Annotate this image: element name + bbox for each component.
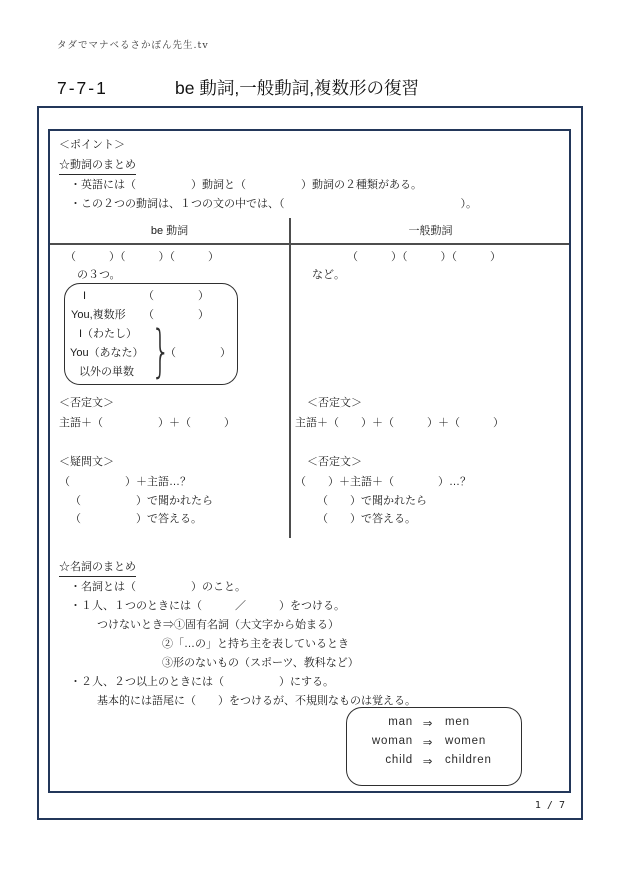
irregular-singular: man: [347, 716, 413, 730]
lesson-title: be 動詞,一般動詞,複数形の復習: [175, 78, 419, 100]
be-question-line2: （ ）で聞かれたら: [70, 495, 213, 509]
be-negative-formula: 主語＋（ ）＋（ ）: [59, 417, 235, 431]
table-header-general-verb: 一般動詞: [292, 225, 569, 239]
arrow-icon: ⇒: [413, 716, 443, 730]
irregular-plural-box: man ⇒ men woman ⇒ women child ⇒ children: [346, 707, 522, 786]
subject-row1-label: I: [83, 290, 86, 304]
subject-row2-label: You,複数形: [71, 309, 126, 323]
table-column-divider: [289, 218, 291, 538]
be-question-heading: ＜疑問文＞: [59, 456, 114, 470]
noun-bullet-2: ・１人、１つのときには（ ／ ）をつける。: [70, 600, 345, 614]
verb-bullet-2: ・この２つの動詞は、１つの文の中では、（ ）。: [70, 198, 477, 212]
arrow-icon: ⇒: [413, 735, 443, 749]
page-number: 1 / 7: [505, 800, 565, 813]
be-verb-blanks: （ ）（ ）（ ）: [65, 251, 219, 265]
subject-row4-label: You（あなた）: [70, 347, 144, 361]
be-verb-note: の３つ。: [77, 269, 121, 283]
table-header-rule: [50, 243, 569, 245]
irregular-plural: children: [443, 754, 521, 768]
general-verb-blanks: （ ）（ ）（ ）: [347, 251, 501, 265]
general-negative-formula: 主語＋（ ）＋（ ）＋（ ）: [295, 417, 504, 431]
subject-row5-label: 以外の単数: [79, 366, 134, 380]
general-question-heading: ＜否定文＞: [307, 456, 362, 470]
noun-bullet-3: ・２人、２つ以上のときには（ ）にする。: [70, 676, 334, 690]
subject-group-blank: （ ）: [165, 347, 231, 361]
verb-section-title: ☆動詞のまとめ: [59, 159, 136, 175]
noun-sub-1: つけないとき⇒①固有名詞（大文字から始まる）: [97, 619, 339, 633]
site-name: タダでマナベるさかぽん先生.tv: [57, 40, 209, 52]
be-question-line1: （ ）＋主語…？: [59, 476, 191, 490]
general-question-line3: （ ）で答える。: [317, 513, 416, 527]
verb-bullet-1: ・英語には（ ）動詞と（ ）動詞の２種類がある。: [70, 179, 422, 193]
lesson-number: 7-7-1: [57, 78, 108, 100]
general-question-line2: （ ）で聞かれたら: [317, 495, 427, 509]
noun-sub-3: ③形のないもの（スポーツ、教科など）: [162, 657, 359, 671]
noun-bullet-1: ・名詞とは（ ）のこと。: [70, 581, 246, 595]
irregular-plural-list: man ⇒ men woman ⇒ women child ⇒ children: [347, 716, 521, 768]
be-negative-heading: ＜否定文＞: [59, 397, 114, 411]
irregular-plural: women: [443, 735, 521, 749]
noun-sub-2: ②「…の」と持ち主を表しているとき: [162, 638, 349, 652]
noun-section-title: ☆名詞のまとめ: [59, 561, 136, 577]
arrow-icon: ⇒: [413, 754, 443, 768]
general-negative-heading: ＜否定文＞: [307, 397, 362, 411]
irregular-singular: child: [347, 754, 413, 768]
general-question-line1: （ ）＋主語＋（ ）…？: [295, 476, 471, 490]
table-header-be-verb: be 動詞: [50, 225, 289, 239]
general-verb-note: など。: [312, 269, 345, 283]
subject-row3-label: I（わたし）: [79, 328, 137, 342]
worksheet-page: タダでマナベるさかぽん先生.tv 7-7-1 be 動詞,一般動詞,複数形の復習…: [0, 0, 620, 877]
content-frame: ＜ポイント＞ ☆動詞のまとめ ・英語には（ ）動詞と（ ）動詞の２種類がある。 …: [48, 129, 571, 793]
irregular-plural: men: [443, 716, 521, 730]
subject-row1-blank: （ ）: [143, 290, 209, 304]
be-verb-subject-box: I （ ） You,複数形 （ ） I（わたし） You（あなた） 以外の単数 …: [64, 283, 238, 385]
point-heading: ＜ポイント＞: [59, 139, 125, 153]
irregular-singular: woman: [347, 735, 413, 749]
be-question-line3: （ ）で答える。: [70, 513, 202, 527]
